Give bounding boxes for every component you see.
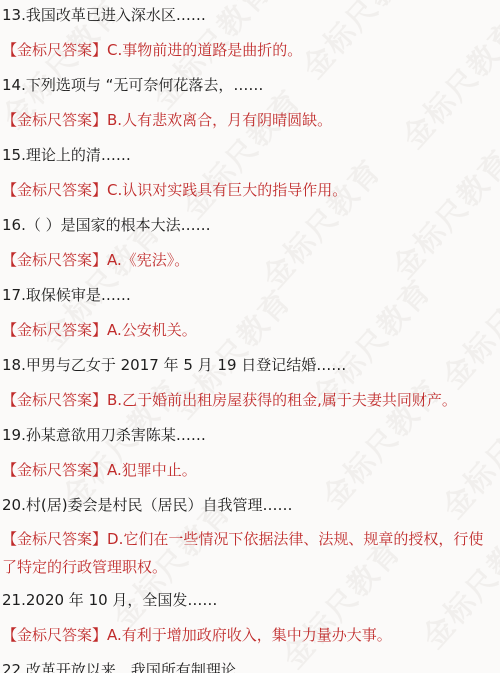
answer-19: 【金标尺答案】A.犯罪中止。 bbox=[2, 462, 500, 479]
answer-tag: 【金标尺答案】 bbox=[2, 181, 107, 199]
question-18: 18.甲男与乙女于 2017 年 5 月 19 日登记结婚…… bbox=[2, 357, 500, 374]
question-21: 21.2020 年 10 月，全国发…… bbox=[2, 592, 500, 609]
answer-tag: 【金标尺答案】 bbox=[2, 530, 107, 548]
answer-text: C.事物前进的道路是曲折的。 bbox=[107, 41, 302, 59]
answer-14: 【金标尺答案】B.人有悲欢离合，月有阴晴圆缺。 bbox=[2, 112, 500, 129]
answer-tag: 【金标尺答案】 bbox=[2, 461, 107, 479]
question-22: 22.改革开放以来，我国所有制理论…… bbox=[2, 662, 500, 673]
answer-text: A.公安机关。 bbox=[107, 321, 197, 339]
question-20: 20.村(居)委会是村民（居民）自我管理…… bbox=[2, 497, 500, 514]
question-13: 13.我国改革已进入深水区…… bbox=[2, 7, 500, 24]
answer-20: 【金标尺答案】D.它们在一些情况下依据法律、法规、规章的授权，行使了特定的行政管… bbox=[2, 525, 494, 581]
answer-tag: 【金标尺答案】 bbox=[2, 251, 107, 269]
answer-tag: 【金标尺答案】 bbox=[2, 41, 107, 59]
answer-16: 【金标尺答案】A.《宪法》。 bbox=[2, 252, 500, 269]
answer-tag: 【金标尺答案】 bbox=[2, 626, 107, 644]
answer-13: 【金标尺答案】C.事物前进的道路是曲折的。 bbox=[2, 42, 500, 59]
answer-text: A.犯罪中止。 bbox=[107, 461, 197, 479]
answer-tag: 【金标尺答案】 bbox=[2, 111, 107, 129]
question-16: 16.（ ）是国家的根本大法…… bbox=[2, 217, 500, 234]
question-15: 15.理论上的清…… bbox=[2, 147, 500, 164]
answer-text: A.《宪法》。 bbox=[107, 251, 189, 269]
question-19: 19.孙某意欲用刀杀害陈某…… bbox=[2, 427, 500, 444]
answer-document: 13.我国改革已进入深水区…… 【金标尺答案】C.事物前进的道路是曲折的。 14… bbox=[2, 0, 500, 673]
answer-text: B.乙于婚前出租房屋获得的租金,属于夫妻共同财产。 bbox=[107, 391, 457, 409]
question-17: 17.取保候审是…… bbox=[2, 287, 500, 304]
answer-15: 【金标尺答案】C.认识对实践具有巨大的指导作用。 bbox=[2, 182, 500, 199]
answer-tag: 【金标尺答案】 bbox=[2, 391, 107, 409]
answer-text: A.有利于增加政府收入，集中力量办大事。 bbox=[107, 626, 392, 644]
answer-17: 【金标尺答案】A.公安机关。 bbox=[2, 322, 500, 339]
answer-text: B.人有悲欢离合，月有阴晴圆缺。 bbox=[107, 111, 332, 129]
question-14: 14.下列选项与 “无可奈何花落去，…… bbox=[2, 77, 500, 94]
answer-text: C.认识对实践具有巨大的指导作用。 bbox=[107, 181, 347, 199]
answer-18: 【金标尺答案】B.乙于婚前出租房屋获得的租金,属于夫妻共同财产。 bbox=[2, 392, 500, 409]
answer-tag: 【金标尺答案】 bbox=[2, 321, 107, 339]
answer-21: 【金标尺答案】A.有利于增加政府收入，集中力量办大事。 bbox=[2, 627, 500, 644]
